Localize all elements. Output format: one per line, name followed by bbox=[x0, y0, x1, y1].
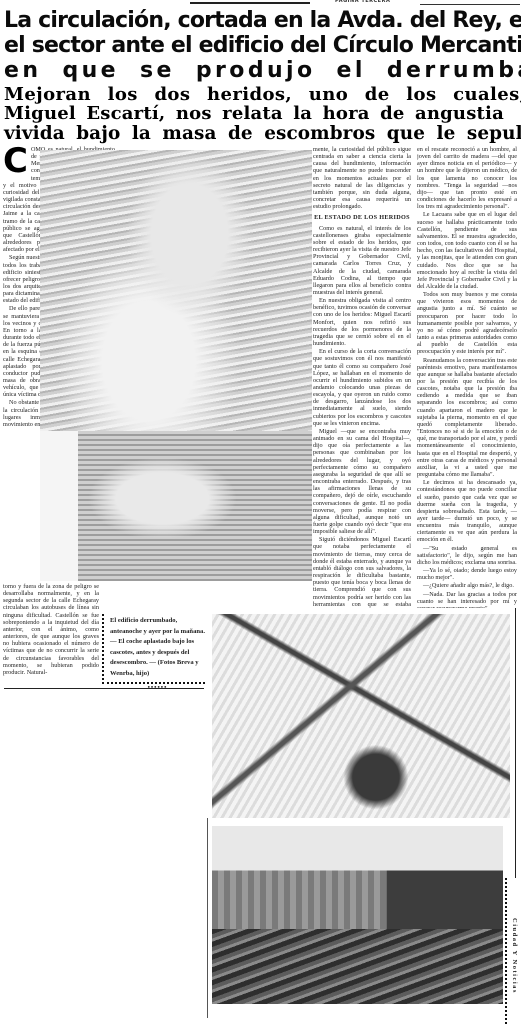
paragraph: Como es natural, el interés de los caste… bbox=[313, 225, 411, 297]
paragraph: mente, la curiosidad del público sigue c… bbox=[313, 146, 411, 210]
headline-line-1: La circulación, cortada en la Avda. del … bbox=[4, 8, 516, 33]
paragraph: —"Su estado general es satisfactorio", l… bbox=[417, 545, 517, 566]
subheading: EL ESTADO DE LOS HERIDOS bbox=[313, 214, 411, 221]
article-column-1-continued: torno y fuera de la zona de peligro se d… bbox=[3, 583, 99, 687]
paragraph: —Ya lo sé, oiado; dende luego estoy much… bbox=[417, 567, 517, 581]
drop-cap: C bbox=[3, 147, 28, 175]
page-label: PÁGINA TERCERA bbox=[335, 0, 390, 4]
photo-collapsed-building bbox=[40, 150, 312, 431]
header-rule-left bbox=[190, 2, 310, 4]
article-column-2: mente, la curiosidad del público sigue c… bbox=[313, 146, 411, 608]
page-header: PÁGINA TERCERA bbox=[0, 0, 521, 8]
deck-line-1: Mejoran los dos heridos, uno de los cual… bbox=[4, 85, 516, 105]
article-column-3: en el rescate reconoció a un hombre, al … bbox=[417, 146, 517, 608]
headline-line-2: el sector ante el edificio del Círculo M… bbox=[4, 33, 516, 58]
paragraph: En nuestra obligada visita al centro ben… bbox=[313, 297, 411, 347]
paragraph: torno y fuera de la zona de peligro se d… bbox=[3, 583, 99, 676]
section-rule bbox=[4, 688, 204, 689]
caption-text: El edificio derrumbado, anteanoche y aye… bbox=[110, 617, 205, 677]
photo-crushed-car bbox=[212, 614, 510, 818]
paragraph: Reanudamos la conversación tras este par… bbox=[417, 357, 517, 479]
paragraph: Miguel —que se encontraba muy animado en… bbox=[313, 428, 411, 535]
paragraph: Le Lacuara sabe que en el lugar del suce… bbox=[417, 211, 517, 290]
paragraph: Siguió diciéndonos Miguel Escartí que no… bbox=[313, 536, 411, 608]
deck-line-3: vivida bajo la masa de escombros que le … bbox=[4, 124, 516, 144]
header-rule-right bbox=[420, 4, 520, 5]
right-edge-rule bbox=[515, 608, 516, 878]
paragraph: Le decimos si ha descansado ya, contestá… bbox=[417, 479, 517, 543]
side-strip-text: Ciudad Y Noticias bbox=[511, 918, 518, 994]
photo-caption-box: El edificio derrumbado, anteanoche y aye… bbox=[102, 614, 205, 684]
headline-line-3: en que se produjo el derrumbamiento bbox=[4, 58, 516, 83]
paragraph: Todos son muy buenos y me consta que viv… bbox=[417, 291, 517, 355]
paragraph: en el rescate reconoció a un hombre, al … bbox=[417, 146, 517, 210]
photo-collapsed-building-lower bbox=[40, 431, 312, 581]
paragraph: En el curso de la corta conversación que… bbox=[313, 348, 411, 427]
paragraph: —Nada. Dar las gracias a todos por cuant… bbox=[417, 591, 517, 608]
left-edge-rule bbox=[207, 818, 208, 1018]
deck-line-2: Miguel Escartí, nos relata la hora de an… bbox=[4, 104, 516, 124]
photo-caption: El edificio derrumbado, anteanoche y aye… bbox=[110, 616, 205, 694]
photo-debris-ground bbox=[212, 929, 503, 1004]
photo-street-debris bbox=[212, 826, 503, 1004]
side-strip: Ciudad Y Noticias bbox=[505, 878, 519, 1024]
paragraph: —¿Quiere añadir algo más?, le digo. bbox=[417, 582, 517, 589]
